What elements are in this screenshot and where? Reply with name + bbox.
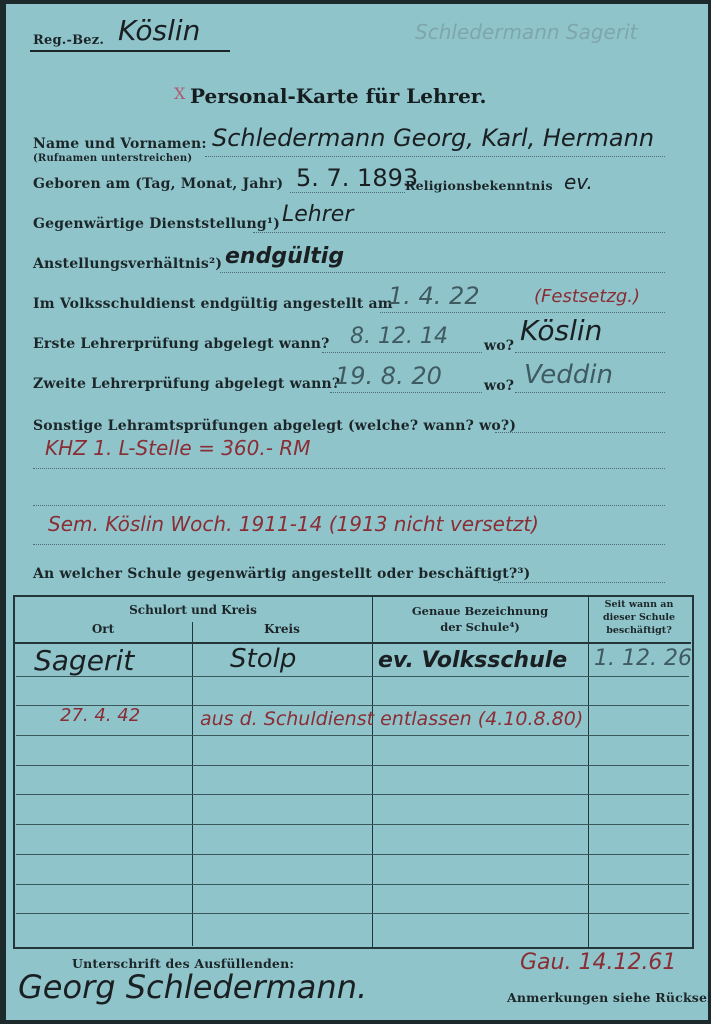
first-exam-label: Erste Lehrerprüfung abgelegt wann? [33, 336, 330, 352]
second-exam-where-label: wo? [484, 378, 514, 394]
first-exam-where-label: wo? [484, 338, 514, 354]
row-rule [16, 854, 689, 855]
signature: Georg Schledermann. [18, 968, 367, 1006]
col-header-seit-1: Seit wann an [588, 599, 690, 610]
row-rule [16, 735, 689, 736]
row2-date: 27. 4. 42 [60, 705, 140, 726]
title-mark: X [174, 84, 185, 103]
name-line [205, 156, 665, 157]
volksschul-line [380, 312, 665, 313]
name-sublabel: (Rufnamen unterstreichen) [33, 153, 192, 164]
red-note: Gau. 14.12.61 [520, 950, 676, 975]
other-exams-line-0 [495, 432, 665, 433]
other-exams-line-3 [33, 544, 665, 545]
row1-schule: ev. Volksschule [378, 648, 567, 673]
second-exam-when: 19. 8. 20 [335, 362, 442, 390]
pencil-note: Schledermann Sagerit [415, 20, 637, 44]
row-rule [16, 824, 689, 825]
row-rule [16, 884, 689, 885]
page-title: Personal-Karte für Lehrer. [190, 84, 486, 108]
other-exams-label: Sonstige Lehramtsprüfungen abgelegt (wel… [33, 418, 516, 434]
religion-label: Religionsbekenntnis [405, 178, 553, 193]
first-exam-where-line [515, 352, 665, 353]
row-rule [16, 913, 689, 914]
row1-ort: Sagerit [34, 644, 134, 677]
position-label: Gegenwärtige Dienststellung¹) [33, 216, 280, 232]
position-line [253, 232, 665, 233]
table-group-header: Schulort und Kreis [14, 603, 372, 617]
first-exam-when: 8. 12. 14 [350, 324, 448, 349]
employment-line [220, 272, 665, 273]
other-exams-line1: KHZ 1. L-Stelle = 360.- RM [45, 436, 310, 460]
remarks-note: Anmerkungen siehe Rückseite. [507, 990, 711, 1005]
row2-note: aus d. Schuldienst entlassen (4.10.8.80) [200, 708, 583, 730]
second-exam-label: Zweite Lehrerprüfung abgelegt wann? [33, 376, 340, 392]
volksschul-value: 1. 4. 22 [388, 282, 480, 310]
religion-value: ev. [564, 170, 593, 194]
col-header-seit-3: beschäftigt? [588, 625, 690, 636]
col-header-ort: Ort [14, 622, 192, 636]
col-header-seit-2: dieser Schule [588, 612, 690, 623]
second-exam-where-line [515, 392, 665, 393]
second-exam-where: Veddin [524, 360, 613, 390]
employment-value: endgültig [225, 244, 344, 269]
other-exams-line-1 [33, 468, 665, 469]
volksschul-note: (Festsetzg.) [534, 286, 640, 307]
first-exam-line [322, 352, 482, 353]
col-header-kreis: Kreis [192, 622, 372, 636]
volksschul-label: Im Volksschuldienst endgültig angestellt… [33, 296, 393, 312]
name-value: Schledermann Georg, Karl, Hermann [212, 124, 654, 152]
second-exam-line [330, 392, 482, 393]
born-line [290, 192, 405, 193]
school-question: An welcher Schule gegenwärtig angestellt… [33, 566, 531, 582]
row-rule [16, 765, 689, 766]
position-value: Lehrer [282, 202, 353, 227]
reg-bez-value: Köslin [118, 14, 200, 47]
table-divider-2 [372, 596, 373, 947]
row-rule [16, 794, 689, 795]
first-exam-where: Köslin [520, 314, 602, 347]
table-divider-3 [588, 596, 589, 947]
other-exams-line3: Sem. Köslin Woch. 1911-14 (1913 nicht ve… [48, 512, 539, 536]
reg-bez-label: Reg.-Bez. [33, 33, 104, 48]
reg-bez-underline [30, 50, 230, 52]
row1-kreis: Stolp [230, 644, 296, 674]
name-label: Name und Vornamen: [33, 136, 207, 152]
col-header-schule-1: Genaue Bezeichnung [372, 604, 588, 618]
row1-seit: 1. 12. 26 [594, 646, 692, 671]
employment-label: Anstellungsverhältnis²) [33, 256, 222, 272]
table-divider-ort-kreis [192, 622, 193, 946]
other-exams-line-2 [33, 505, 665, 506]
col-header-schule-2: der Schule⁴) [372, 620, 588, 634]
born-label: Geboren am (Tag, Monat, Jahr) [33, 176, 283, 192]
born-value: 5. 7. 1893 [296, 164, 418, 192]
school-question-line [498, 582, 665, 583]
